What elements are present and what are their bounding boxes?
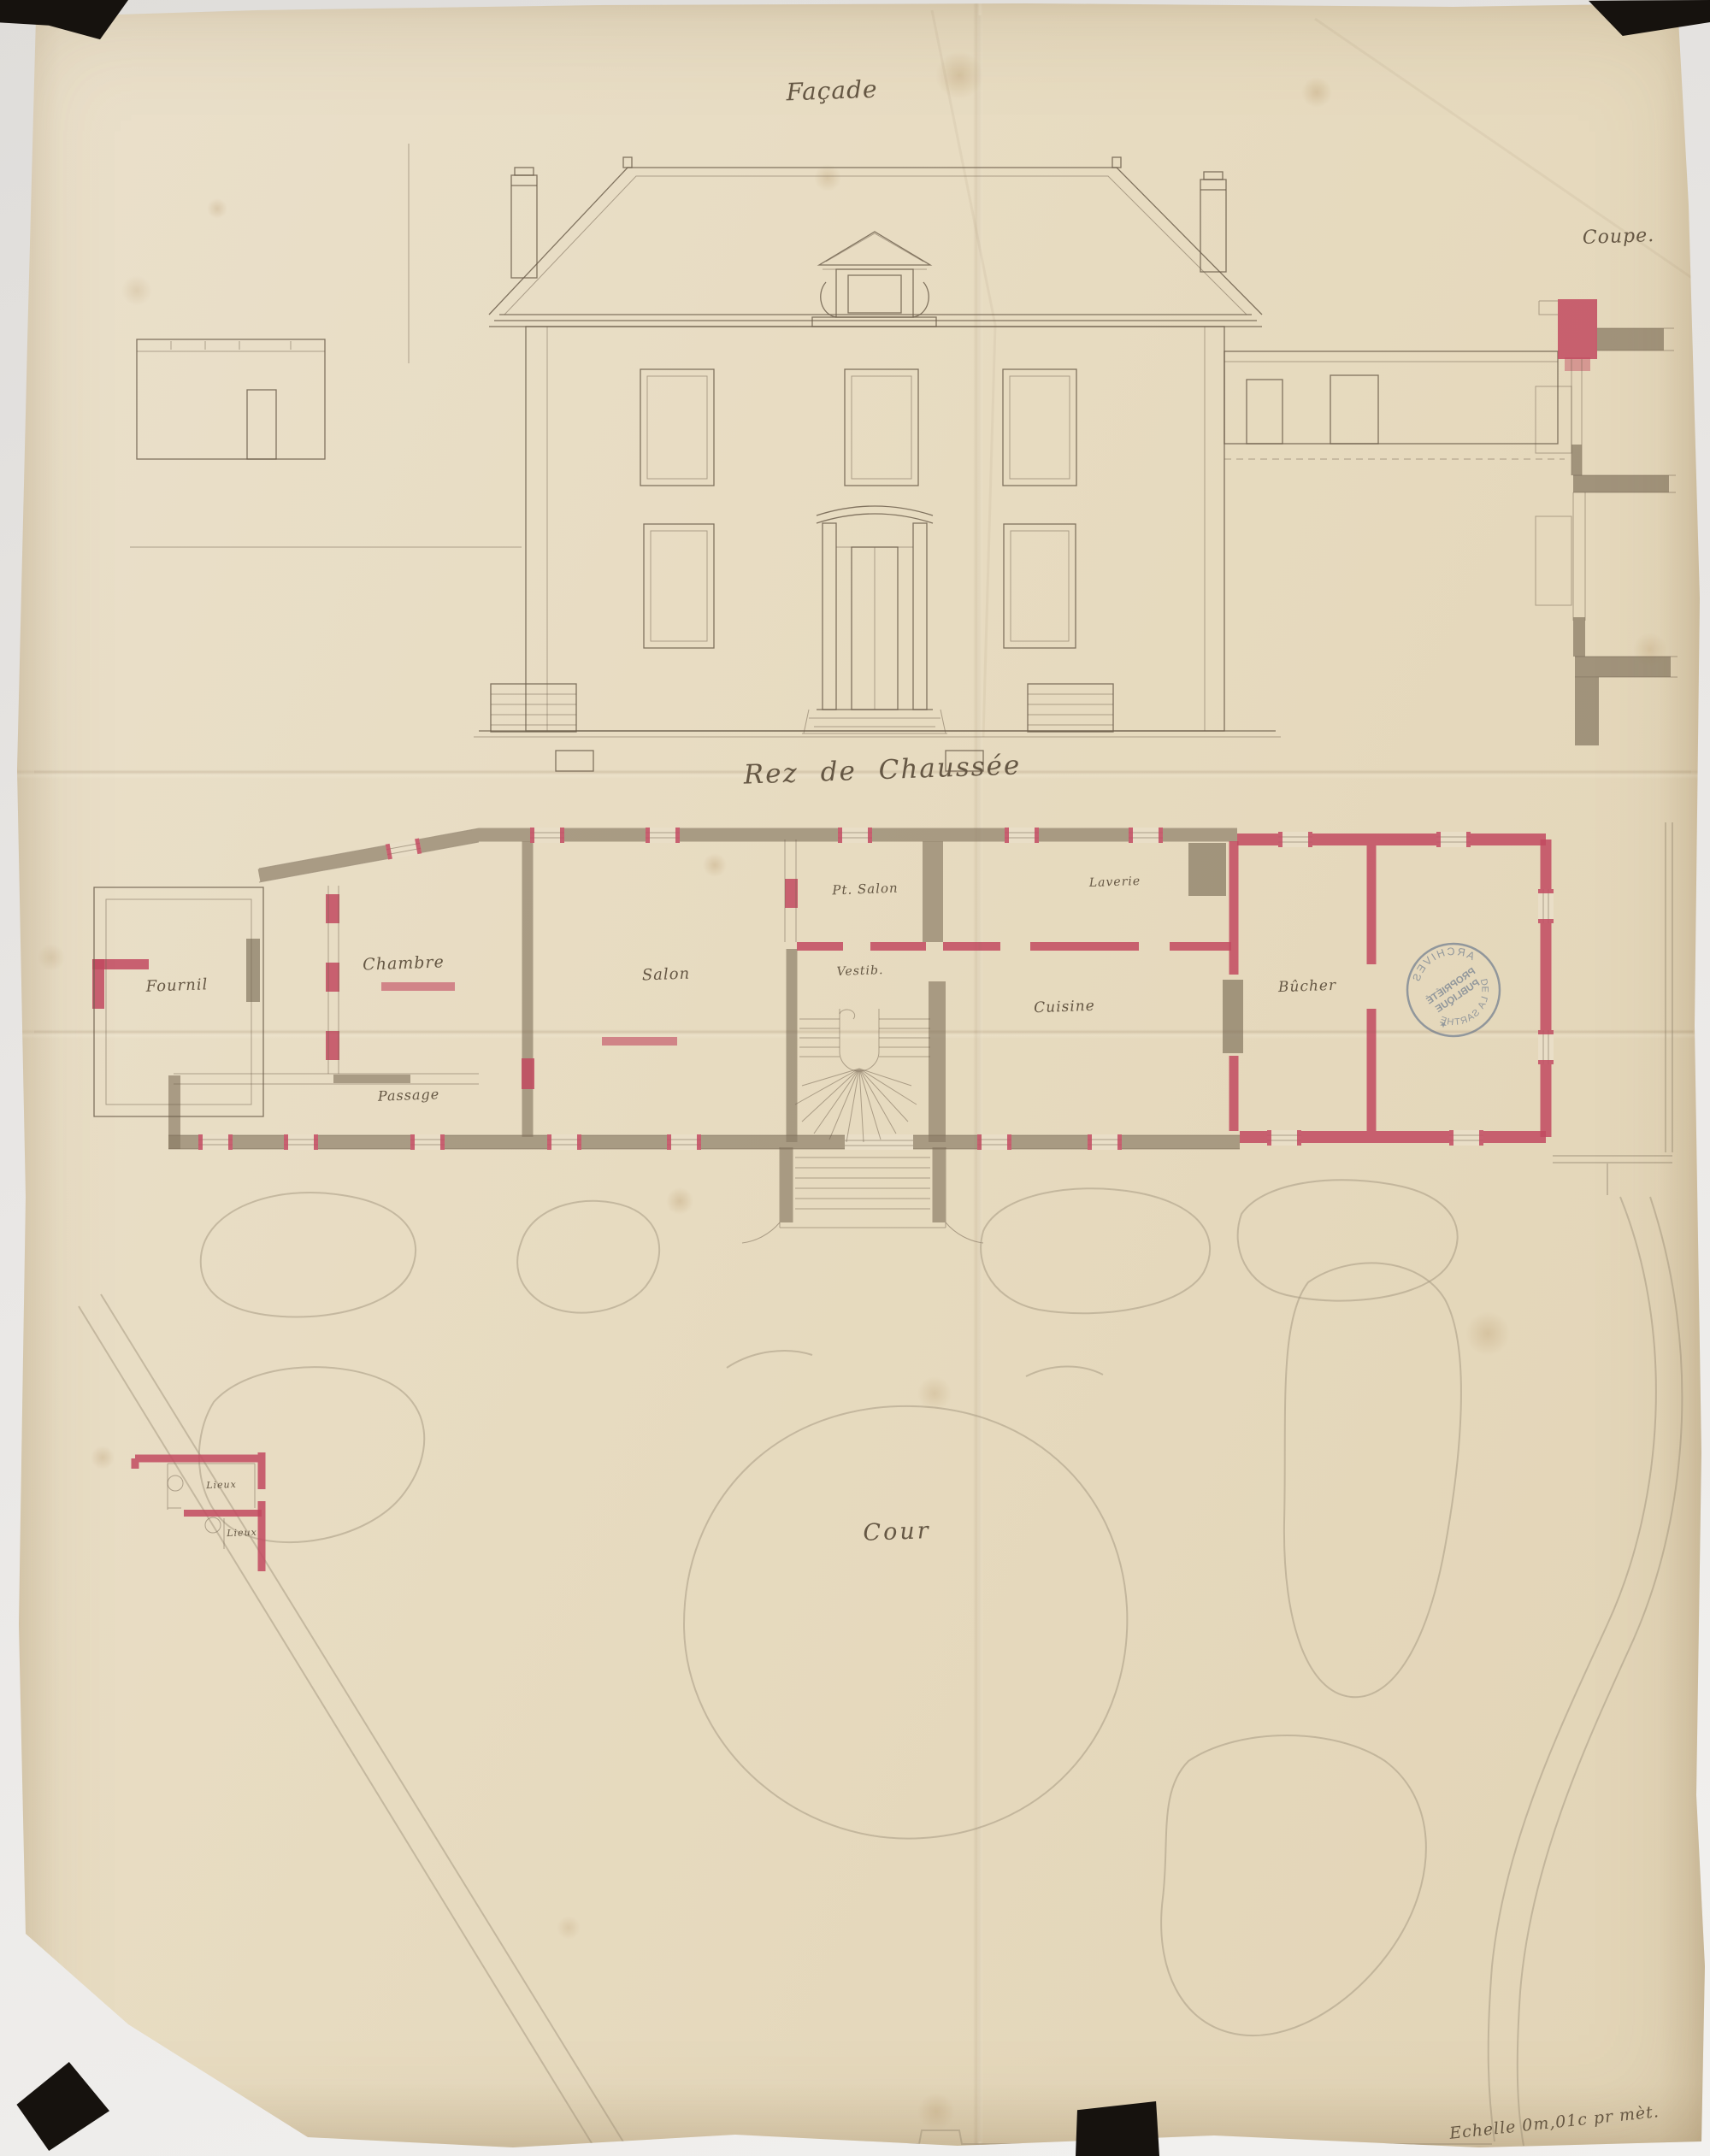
coupe-floor-slab-mid <box>1573 475 1669 492</box>
coupe-chimney-pink <box>1558 299 1597 359</box>
coupe-floor-slab-top <box>1597 328 1664 350</box>
plan-ink-outlines <box>94 828 1240 1243</box>
facade-upper-windows <box>640 369 1076 486</box>
room-label-passage: Passage <box>378 1086 440 1105</box>
garden-diagonal-road <box>79 1294 631 2154</box>
room-label-chambre: Chambre <box>363 952 445 974</box>
drawing-paper-sheet: ARCHIVES DE LA SARTHE PROPRIÉTÉ PUBLIQUE… <box>0 0 1710 2156</box>
facade-roof <box>489 157 1262 315</box>
facade-right-wing <box>1224 351 1565 459</box>
photograph-of-architectural-drawing: ARCHIVES DE LA SARTHE PROPRIÉTÉ PUBLIQUE… <box>0 0 1710 2156</box>
coupe-section <box>1536 299 1678 745</box>
plan-front-steps <box>795 1158 930 1209</box>
room-label-laverie: Laverie <box>1089 875 1141 890</box>
facade-cornice <box>489 315 1262 327</box>
room-label-fournil: Fournil <box>145 975 208 996</box>
garden-beds <box>199 1180 1461 2035</box>
plan-stair <box>795 1009 930 1142</box>
mount-corner-bottom-right <box>1076 2101 1159 2156</box>
facade-ground-windows <box>644 524 1076 648</box>
latrine-seat-upper <box>168 1476 183 1491</box>
room-label-salon: Salon <box>642 965 691 985</box>
room-label-cuisine: Cuisine <box>1034 998 1095 1016</box>
drawing-canvas: ARCHIVES DE LA SARTHE PROPRIÉTÉ PUBLIQUE… <box>0 0 1710 2156</box>
garden-label-cour: Cour <box>863 1517 931 1546</box>
room-label-pt-salon: Pt. Salon <box>832 881 899 898</box>
facade-dormer <box>812 232 936 327</box>
latrines-block <box>135 1452 262 1571</box>
title-facade: Façade <box>786 75 878 107</box>
room-label-vestib: Vestib. <box>836 963 883 979</box>
facade-side-stoops <box>491 684 1113 732</box>
garden-right-path <box>1489 1197 1683 2146</box>
facade-left-wing <box>130 339 522 547</box>
garden-bottom-boundary <box>603 2130 1492 2144</box>
room-label-bucher: Bûcher <box>1278 977 1337 996</box>
garden-right-wall <box>1553 822 1672 1195</box>
coupe-floor-slab-bottom <box>1575 657 1671 677</box>
facade-elevation <box>130 144 1565 771</box>
title-coupe: Coupe. <box>1582 225 1654 249</box>
archive-stamp: ARCHIVES DE LA SARTHE PROPRIÉTÉ PUBLIQUE… <box>1389 926 1518 1054</box>
facade-entrance-porch <box>802 506 947 733</box>
mount-corner-bottom-left <box>9 2062 109 2151</box>
plan-grey-walls <box>168 835 1243 1222</box>
garden-label-lieux-lower: Lieux <box>227 1527 257 1539</box>
facade-chimney-left <box>511 168 537 278</box>
garden-label-lieux-upper: Lieux <box>206 1479 237 1491</box>
